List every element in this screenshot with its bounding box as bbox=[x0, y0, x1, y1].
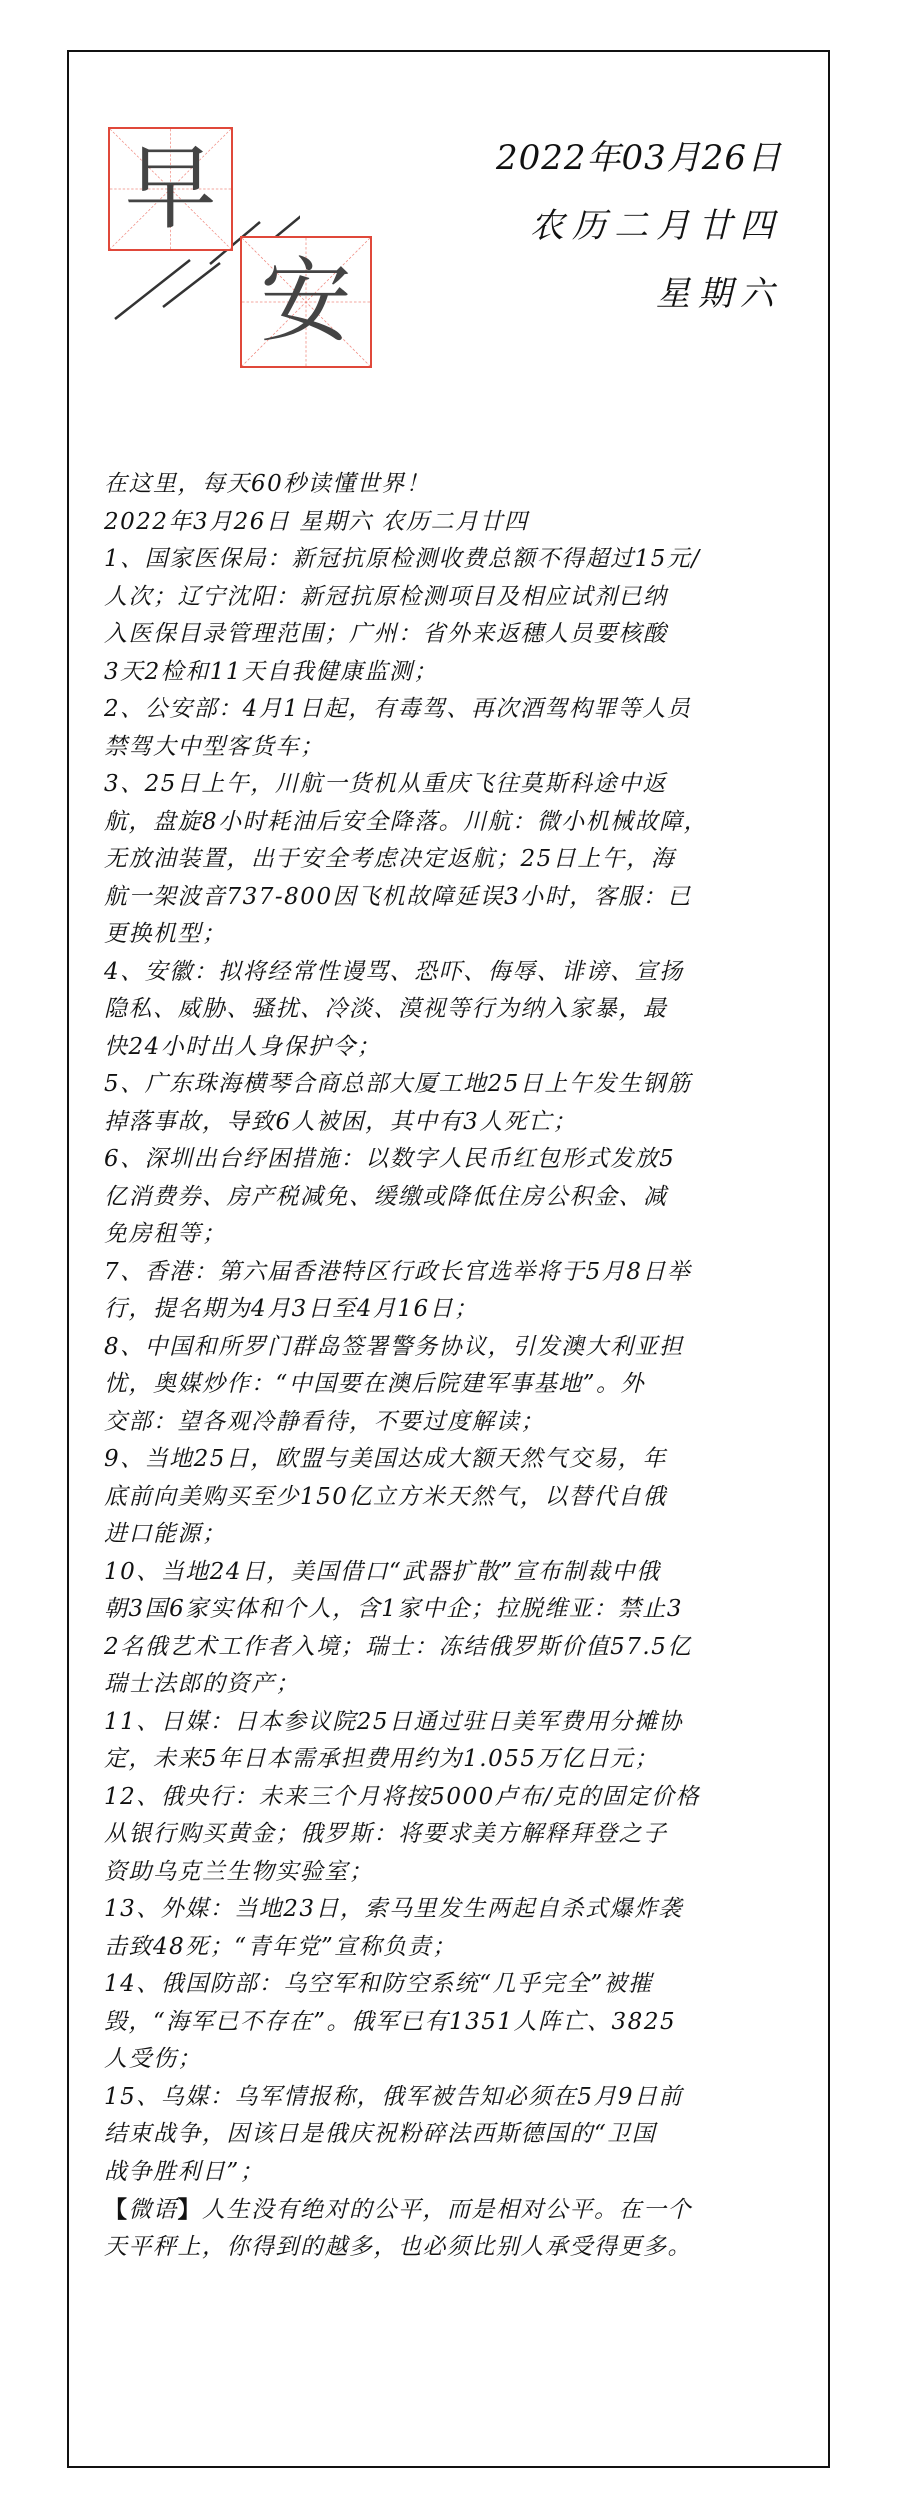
news-item-11: 11、日媒：日本参议院25日通过驻日美军费用分摊协 定，未来5年日本需承担费用约… bbox=[104, 1704, 804, 1779]
news-line: 毁，“海军已不存在”。俄军已有1351人阵亡、3825 bbox=[104, 2004, 804, 2042]
news-line: 免房租等； bbox=[104, 1216, 804, 1254]
news-item-9: 9、当地25日，欧盟与美国达成大额天然气交易，年 底前向美购买至少150亿立方米… bbox=[104, 1441, 804, 1554]
news-line: 朝3国6家实体和个人，含1家中企；拉脱维亚：禁止3 bbox=[104, 1591, 804, 1629]
quote-close-bracket: 】 bbox=[178, 2196, 203, 2223]
news-item-7: 7、香港：第六届香港特区行政长官选举将于5月8日举 行，提名期为4月3日至4月1… bbox=[104, 1254, 804, 1329]
quote-line: 天平秤上，你得到的越多，也必须比别人承受得更多。 bbox=[104, 2229, 804, 2267]
news-line: 3、25日上午，川航一货机从重庆飞往莫斯科途中返 bbox=[104, 766, 804, 804]
news-line: 隐私、威胁、骚扰、冷淡、漠视等行为纳入家暴，最 bbox=[104, 991, 804, 1029]
news-item-15: 15、乌媒：乌军情报称，俄军被告知必须在5月9日前 结束战争，因该日是俄庆祝粉碎… bbox=[104, 2079, 804, 2192]
news-line: 人次；辽宁沈阳：新冠抗原检测项目及相应试剂已纳 bbox=[104, 579, 804, 617]
greeting-char-an: 安 bbox=[242, 238, 370, 366]
news-line: 亿消费券、房产税减免、缓缴或降低住房公积金、减 bbox=[104, 1179, 804, 1217]
news-line: 9、当地25日，欧盟与美国达成大额天然气交易，年 bbox=[104, 1441, 804, 1479]
news-line: 掉落事故，导致6人被困，其中有3人死亡； bbox=[104, 1104, 804, 1142]
news-item-1: 1、国家医保局：新冠抗原检测收费总额不得超过15元/ 人次；辽宁沈阳：新冠抗原检… bbox=[104, 541, 804, 691]
date-header: 2022年03月26日 农历二月廿四 星期六 bbox=[496, 138, 782, 314]
news-line: 底前向美购买至少150亿立方米天然气，以替代自俄 bbox=[104, 1479, 804, 1517]
news-line: 无放油装置，出于安全考虑决定返航；25日上午，海 bbox=[104, 841, 804, 879]
news-line: 6、深圳出台纾困措施：以数字人民币红包形式发放5 bbox=[104, 1141, 804, 1179]
news-line: 15、乌媒：乌军情报称，俄军被告知必须在5月9日前 bbox=[104, 2079, 804, 2117]
news-line: 航一架波音737-800因飞机故障延误3小时，客服：已 bbox=[104, 879, 804, 917]
news-line: 结束战争，因该日是俄庆祝粉碎法西斯德国的“卫国 bbox=[104, 2116, 804, 2154]
news-item-14: 14、俄国防部：乌空军和防空系统“几乎完全”被摧 毁，“海军已不存在”。俄军已有… bbox=[104, 1966, 804, 2079]
quote-label: 微语 bbox=[129, 2197, 178, 2223]
gregorian-date: 2022年03月26日 bbox=[496, 138, 782, 178]
daily-quote: 【微语】人生没有绝对的公平，而是相对公平。在一个 天平秤上，你得到的越多，也必须… bbox=[104, 2191, 804, 2266]
quote-text: 人生没有绝对的公平，而是相对公平。在一个 bbox=[202, 2197, 692, 2223]
news-item-8: 8、中国和所罗门群岛签署警务协议，引发澳大利亚担 忧，奥媒炒作：“中国要在澳后院… bbox=[104, 1329, 804, 1442]
news-line: 8、中国和所罗门群岛签署警务协议，引发澳大利亚担 bbox=[104, 1329, 804, 1367]
news-line: 2、公安部：4月1日起，有毒驾、再次酒驾构罪等人员 bbox=[104, 691, 804, 729]
news-body: 在这里，每天60秒读懂世界！ 2022年3月26日 星期六 农历二月廿四 1、国… bbox=[104, 466, 804, 2266]
news-item-5: 5、广东珠海横琴合商总部大厦工地25日上午发生钢筋 掉落事故，导致6人被困，其中… bbox=[104, 1066, 804, 1141]
news-line: 13、外媒：当地23日，索马里发生两起自杀式爆炸袭 bbox=[104, 1891, 804, 1929]
news-line: 5、广东珠海横琴合商总部大厦工地25日上午发生钢筋 bbox=[104, 1066, 804, 1104]
news-line: 入医保目录管理范围；广州：省外来返穗人员要核酸 bbox=[104, 616, 804, 654]
news-line: 战争胜利日”； bbox=[104, 2154, 804, 2192]
news-line: 定，未来5年日本需承担费用约为1.055万亿日元； bbox=[104, 1741, 804, 1779]
news-line: 瑞士法郎的资产； bbox=[104, 1666, 804, 1704]
news-item-13: 13、外媒：当地23日，索马里发生两起自杀式爆炸袭 击致48死；“青年党”宣称负… bbox=[104, 1891, 804, 1966]
greeting-char-box-peace: 安 bbox=[240, 236, 372, 368]
news-line: 从银行购买黄金；俄罗斯：将要求美方解释拜登之子 bbox=[104, 1816, 804, 1854]
news-line: 资助乌克兰生物实验室； bbox=[104, 1854, 804, 1892]
quote-line: 【微语】人生没有绝对的公平，而是相对公平。在一个 bbox=[104, 2191, 804, 2229]
news-line: 忧，奥媒炒作：“中国要在澳后院建军事基地”。外 bbox=[104, 1366, 804, 1404]
weekday: 星期六 bbox=[496, 274, 782, 314]
quote-open-bracket: 【 bbox=[104, 2196, 129, 2223]
news-line: 1、国家医保局：新冠抗原检测收费总额不得超过15元/ bbox=[104, 541, 804, 579]
news-line: 击致48死；“青年党”宣称负责； bbox=[104, 1929, 804, 1967]
greeting-char-zao: 早 bbox=[110, 129, 231, 249]
news-line: 7、香港：第六届香港特区行政长官选举将于5月8日举 bbox=[104, 1254, 804, 1292]
news-line: 4、安徽：拟将经常性谩骂、恐吓、侮辱、诽谤、宣扬 bbox=[104, 954, 804, 992]
news-item-10: 10、当地24日，美国借口“武器扩散”宣布制裁中俄 朝3国6家实体和个人，含1家… bbox=[104, 1554, 804, 1704]
date-line: 2022年3月26日 星期六 农历二月廿四 bbox=[104, 504, 804, 542]
news-line: 进口能源； bbox=[104, 1516, 804, 1554]
news-item-4: 4、安徽：拟将经常性谩骂、恐吓、侮辱、诽谤、宣扬 隐私、威胁、骚扰、冷淡、漠视等… bbox=[104, 954, 804, 1067]
intro-line: 在这里，每天60秒读懂世界！ bbox=[104, 466, 804, 504]
news-item-12: 12、俄央行：未来三个月将按5000卢布/克的固定价格 从银行购买黄金；俄罗斯：… bbox=[104, 1779, 804, 1892]
news-line: 航，盘旋8小时耗油后安全降落。川航：微小机械故障， bbox=[104, 804, 804, 842]
news-line: 11、日媒：日本参议院25日通过驻日美军费用分摊协 bbox=[104, 1704, 804, 1742]
news-line: 2名俄艺术工作者入境；瑞士：冻结俄罗斯价值57.5亿 bbox=[104, 1629, 804, 1667]
news-item-3: 3、25日上午，川航一货机从重庆飞往莫斯科途中返 航，盘旋8小时耗油后安全降落。… bbox=[104, 766, 804, 954]
news-line: 10、当地24日，美国借口“武器扩散”宣布制裁中俄 bbox=[104, 1554, 804, 1592]
news-item-6: 6、深圳出台纾困措施：以数字人民币红包形式发放5 亿消费券、房产税减免、缓缴或降… bbox=[104, 1141, 804, 1254]
news-line: 更换机型； bbox=[104, 916, 804, 954]
news-item-2: 2、公安部：4月1日起，有毒驾、再次酒驾构罪等人员 禁驾大中型客货车； bbox=[104, 691, 804, 766]
news-line: 3天2检和11天自我健康监测； bbox=[104, 654, 804, 692]
greeting-char-box-morning: 早 bbox=[108, 127, 233, 251]
news-line: 12、俄央行：未来三个月将按5000卢布/克的固定价格 bbox=[104, 1779, 804, 1817]
news-line: 禁驾大中型客货车； bbox=[104, 729, 804, 767]
news-line: 人受伤； bbox=[104, 2041, 804, 2079]
lunar-date: 农历二月廿四 bbox=[496, 206, 782, 246]
news-line: 行，提名期为4月3日至4月16日； bbox=[104, 1291, 804, 1329]
news-line: 交部：望各观冷静看待，不要过度解读； bbox=[104, 1404, 804, 1442]
news-line: 快24小时出人身保护令； bbox=[104, 1029, 804, 1067]
news-line: 14、俄国防部：乌空军和防空系统“几乎完全”被摧 bbox=[104, 1966, 804, 2004]
